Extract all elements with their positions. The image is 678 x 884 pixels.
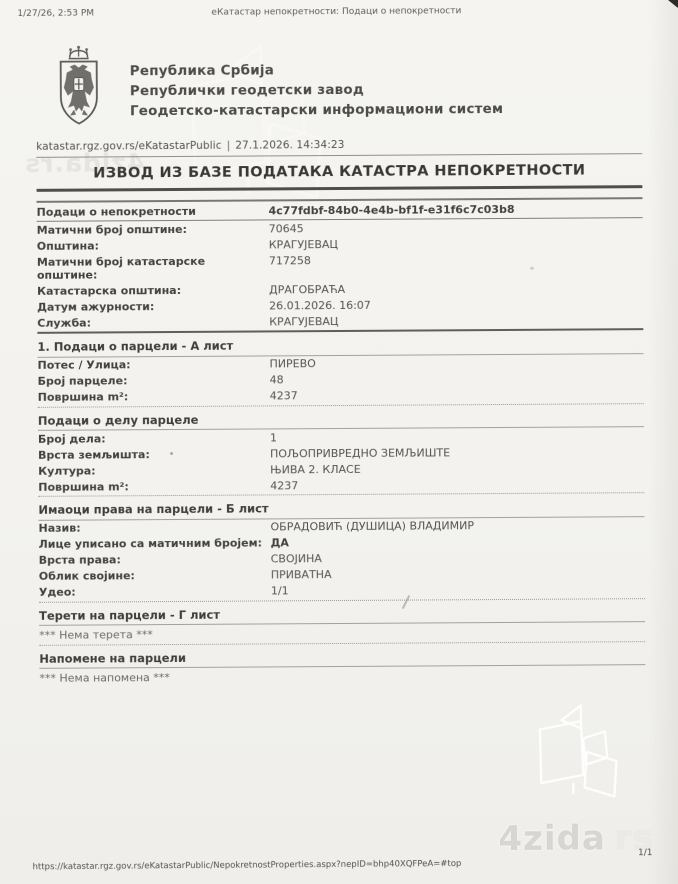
letterhead-text: Република Србија Републички геодетски за… [130, 43, 504, 121]
footer-url: https://katastar.rgz.gov.rs/eKatastarPub… [33, 859, 462, 872]
table-row: Удео: 1/1 [39, 581, 645, 601]
row-value: 70645 [269, 220, 643, 235]
row-value: ДРАГОБРАЋА [269, 281, 643, 296]
row-label: Матични број катастарске општине: [37, 254, 269, 281]
row-value: 26.01.2026. 16:07 [269, 297, 643, 312]
table-row: Матични број катастарске општине: 717258 [37, 250, 643, 283]
rights-rows: Назив: ОБРАДОВИЋ (ДУШИЦА) ВЛАДИМИР Лице … [38, 517, 644, 603]
row-value: 4c77fdbf-84b0-4e4b-bf1f-e31f6c7c03b8 [269, 202, 643, 217]
row-label: Број парцеле: [38, 373, 270, 387]
row-value: КРАГУЈЕВАЦ [269, 236, 643, 251]
row-label: Потес / Улица: [37, 357, 269, 371]
row-label: Матични број општине: [37, 222, 269, 236]
row-label: Број дела: [38, 431, 270, 445]
scan-speck [170, 452, 173, 455]
row-value: ДА [271, 534, 645, 549]
meta-timestamp: 27.1.2026. 14:34:23 [235, 139, 344, 152]
mirrored-brand-watermark: 4zida.rs [24, 148, 144, 178]
letterhead: Република Србија Републички геодетски за… [36, 42, 643, 132]
row-value: ПРИВАТНА [271, 566, 645, 581]
row-value: 1 [270, 429, 644, 444]
row-value: 4237 [270, 477, 644, 492]
scanned-cadastre-page: 1/27/26, 2:53 PM еКатастар непокретности… [0, 0, 678, 884]
letterhead-system: Геодетско-катастарски информациони систе… [130, 99, 503, 121]
row-value: ОБРАДОВИЋ (ДУШИЦА) ВЛАДИМИР [270, 518, 644, 533]
table-row: Површина m²: 4237 [38, 475, 644, 495]
4zida-logo-icon [506, 698, 639, 813]
row-label: Површина m²: [38, 479, 270, 493]
property-table: Подаци о непокретности 4c77fdbf-84b0-4e4… [37, 197, 646, 687]
row-label: Површина m²: [38, 389, 270, 403]
row-label: Лице уписано са матичним бројем: [39, 536, 271, 550]
row-label: Врста земљишта: [38, 447, 270, 461]
row-value: ПИРЕВО [269, 355, 643, 370]
meta-separator: | [227, 140, 231, 152]
property-rows: Матични број општине: 70645 Општина: КРА… [37, 218, 644, 334]
row-label: Датум ажурности: [37, 299, 269, 313]
row-label: Врста права: [39, 552, 271, 566]
row-value: СВОЈИНА [271, 550, 645, 565]
row-label: Општина: [37, 238, 269, 252]
row-label: Култура: [38, 463, 270, 477]
row-label: Подаци о непокретности [37, 204, 269, 218]
parcel-part-rows: Број дела: 1 Врста земљишта: ПОЉОПРИВРЕД… [38, 427, 644, 497]
letterhead-country: Република Србија [130, 59, 503, 81]
print-page-title: еКатастар непокретности: Подаци о непокр… [17, 5, 655, 19]
row-value: КРАГУЈЕВАЦ [269, 313, 643, 328]
row-label: Назив: [38, 520, 270, 534]
row-value: ЊИВА 2. КЛАСЕ [270, 461, 644, 476]
table-row: Служба: КРАГУЈЕВАЦ [37, 311, 643, 331]
scan-content: 1/27/26, 2:53 PM еКатастар непокретности… [0, 0, 678, 884]
row-label: Удео: [39, 584, 271, 598]
row-value: ПОЉОПРИВРЕДНО ЗЕМЉИШТЕ [270, 445, 644, 460]
serbia-coat-of-arms-icon [56, 45, 102, 126]
row-value: 4237 [270, 387, 644, 402]
row-value: 1/1 [271, 582, 645, 597]
parcel-rows: Потес / Улица: ПИРЕВО Број парцеле: 48 П… [37, 354, 643, 408]
letterhead-org: Републички геодетски завод [130, 79, 503, 101]
notes-empty-note: *** Нема напомена *** [39, 665, 645, 687]
title-rule [36, 185, 642, 192]
row-value: 717258 [269, 252, 643, 280]
table-row: Површина m²: 4237 [38, 386, 644, 406]
row-label: Служба: [37, 315, 269, 329]
brand-watermark: 4zidars [480, 698, 678, 859]
footer-page-number: 1/1 [638, 848, 653, 858]
row-label: Катастарска општина: [37, 283, 269, 297]
scan-speck [530, 267, 534, 270]
document-body: Република Србија Републички геодетски за… [36, 40, 646, 687]
print-footer: https://katastar.rgz.gov.rs/eKatastarPub… [2, 846, 678, 874]
row-value: 48 [270, 371, 644, 386]
burdens-empty-note: *** Нема терета *** [39, 622, 645, 645]
row-label: Облик својине: [39, 568, 271, 582]
print-header: 1/27/26, 2:53 PM еКатастар непокретности… [17, 5, 655, 23]
